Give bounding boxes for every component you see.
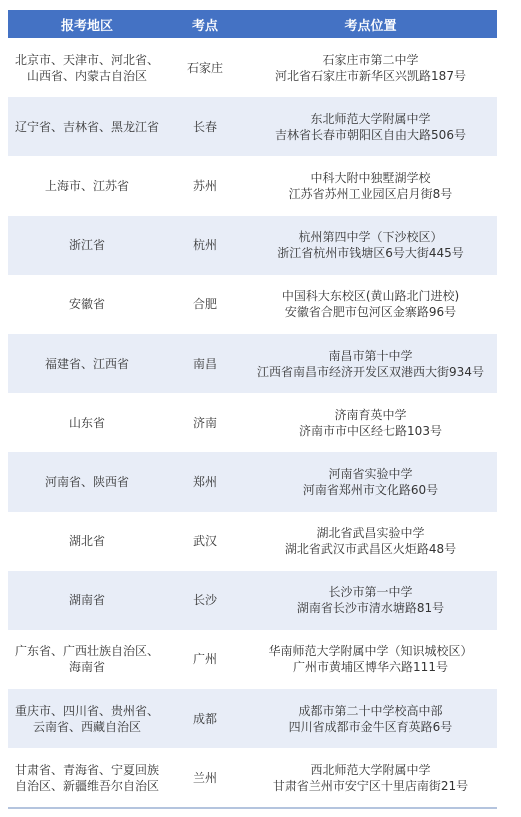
header-region: 报考地区 — [8, 15, 166, 34]
exam-sites-table: 报考地区 考点 考点位置 北京市、天津市、河北省、山西省、内蒙古自治区石家庄石家… — [8, 10, 497, 809]
location-address: 安徽省合肥市包河区金寨路96号 — [244, 304, 497, 320]
cell-region: 福建省、江西省 — [8, 356, 166, 372]
header-site: 考点 — [166, 15, 244, 34]
table-row: 湖南省长沙长沙市第一中学湖南省长沙市清水塘路81号 — [8, 571, 497, 630]
cell-region: 安徽省 — [8, 296, 166, 312]
cell-site: 长春 — [166, 119, 244, 135]
region-text: 辽宁省、吉林省、黑龙江省 — [10, 119, 164, 135]
table-header: 报考地区 考点 考点位置 — [8, 10, 497, 38]
cell-site: 杭州 — [166, 237, 244, 253]
region-text: 浙江省 — [10, 237, 164, 253]
region-text: 山西省、内蒙古自治区 — [10, 68, 164, 84]
table-row: 北京市、天津市、河北省、山西省、内蒙古自治区石家庄石家庄市第二中学河北省石家庄市… — [8, 38, 497, 97]
table-row: 甘肃省、青海省、宁夏回族自治区、新疆维吾尔自治区兰州西北师范大学附属中学甘肃省兰… — [8, 748, 497, 807]
cell-region: 上海市、江苏省 — [8, 178, 166, 194]
cell-site: 武汉 — [166, 533, 244, 549]
cell-region: 浙江省 — [8, 237, 166, 253]
location-address: 吉林省长春市朝阳区自由大路506号 — [244, 127, 497, 143]
cell-site: 石家庄 — [166, 60, 244, 76]
cell-location: 华南师范大学附属中学（知识城校区）广州市黄埔区博华六路111号 — [244, 643, 497, 675]
cell-location: 中国科大东校区(黄山路北门进校)安徽省合肥市包河区金寨路96号 — [244, 288, 497, 320]
location-address: 江西省南昌市经济开发区双港西大街934号 — [244, 364, 497, 380]
table-row: 山东省济南济南育英中学济南市市中区经七路103号 — [8, 393, 497, 452]
table-row: 浙江省杭州杭州第四中学（下沙校区）浙江省杭州市钱塘区6号大街445号 — [8, 216, 497, 275]
table-row: 上海市、江苏省苏州中科大附中独墅湖学校江苏省苏州工业园区启月街8号 — [8, 156, 497, 215]
cell-site: 广州 — [166, 651, 244, 667]
location-school-name: 华南师范大学附属中学（知识城校区） — [244, 643, 497, 659]
cell-location: 东北师范大学附属中学吉林省长春市朝阳区自由大路506号 — [244, 111, 497, 143]
location-school-name: 杭州第四中学（下沙校区） — [244, 229, 497, 245]
table-row: 河南省、陕西省郑州河南省实验中学河南省郑州市文化路60号 — [8, 452, 497, 511]
header-location: 考点位置 — [244, 15, 497, 34]
table-row: 湖北省武汉湖北省武昌实验中学湖北省武汉市武昌区火炬路48号 — [8, 512, 497, 571]
cell-site: 郑州 — [166, 474, 244, 490]
cell-location: 河南省实验中学河南省郑州市文化路60号 — [244, 466, 497, 498]
cell-region: 甘肃省、青海省、宁夏回族自治区、新疆维吾尔自治区 — [8, 762, 166, 794]
table-body: 北京市、天津市、河北省、山西省、内蒙古自治区石家庄石家庄市第二中学河北省石家庄市… — [8, 38, 497, 807]
cell-site: 济南 — [166, 415, 244, 431]
table-bottom-border — [8, 807, 497, 809]
location-school-name: 东北师范大学附属中学 — [244, 111, 497, 127]
cell-region: 广东省、广西壮族自治区、海南省 — [8, 643, 166, 675]
location-address: 浙江省杭州市钱塘区6号大街445号 — [244, 245, 497, 261]
table-row: 辽宁省、吉林省、黑龙江省长春东北师范大学附属中学吉林省长春市朝阳区自由大路506… — [8, 97, 497, 156]
cell-site: 成都 — [166, 711, 244, 727]
region-text: 自治区、新疆维吾尔自治区 — [10, 778, 164, 794]
location-school-name: 长沙市第一中学 — [244, 584, 497, 600]
region-text: 北京市、天津市、河北省、 — [10, 52, 164, 68]
region-text: 重庆市、四川省、贵州省、 — [10, 703, 164, 719]
table-row: 福建省、江西省南昌南昌市第十中学江西省南昌市经济开发区双港西大街934号 — [8, 334, 497, 393]
location-address: 江苏省苏州工业园区启月街8号 — [244, 186, 497, 202]
cell-location: 长沙市第一中学湖南省长沙市清水塘路81号 — [244, 584, 497, 616]
cell-region: 河南省、陕西省 — [8, 474, 166, 490]
region-text: 云南省、西藏自治区 — [10, 719, 164, 735]
location-address: 广州市黄埔区博华六路111号 — [244, 659, 497, 675]
location-address: 济南市市中区经七路103号 — [244, 423, 497, 439]
location-school-name: 湖北省武昌实验中学 — [244, 525, 497, 541]
location-school-name: 济南育英中学 — [244, 407, 497, 423]
cell-site: 苏州 — [166, 178, 244, 194]
location-address: 河南省郑州市文化路60号 — [244, 482, 497, 498]
region-text: 上海市、江苏省 — [10, 178, 164, 194]
cell-location: 西北师范大学附属中学甘肃省兰州市安宁区十里店南街21号 — [244, 762, 497, 794]
cell-site: 长沙 — [166, 592, 244, 608]
cell-location: 济南育英中学济南市市中区经七路103号 — [244, 407, 497, 439]
location-school-name: 石家庄市第二中学 — [244, 52, 497, 68]
location-address: 湖北省武汉市武昌区火炬路48号 — [244, 541, 497, 557]
cell-location: 湖北省武昌实验中学湖北省武汉市武昌区火炬路48号 — [244, 525, 497, 557]
region-text: 安徽省 — [10, 296, 164, 312]
region-text: 湖南省 — [10, 592, 164, 608]
cell-region: 北京市、天津市、河北省、山西省、内蒙古自治区 — [8, 52, 166, 84]
location-school-name: 南昌市第十中学 — [244, 348, 497, 364]
location-address: 河北省石家庄市新华区兴凯路187号 — [244, 68, 497, 84]
location-school-name: 中国科大东校区(黄山路北门进校) — [244, 288, 497, 304]
location-school-name: 河南省实验中学 — [244, 466, 497, 482]
region-text: 湖北省 — [10, 533, 164, 549]
location-school-name: 西北师范大学附属中学 — [244, 762, 497, 778]
region-text: 福建省、江西省 — [10, 356, 164, 372]
cell-location: 中科大附中独墅湖学校江苏省苏州工业园区启月街8号 — [244, 170, 497, 202]
table-row: 重庆市、四川省、贵州省、云南省、西藏自治区成都成都市第二十中学校高中部四川省成都… — [8, 689, 497, 748]
cell-region: 湖南省 — [8, 592, 166, 608]
cell-location: 石家庄市第二中学河北省石家庄市新华区兴凯路187号 — [244, 52, 497, 84]
location-address: 四川省成都市金牛区育英路6号 — [244, 719, 497, 735]
cell-location: 杭州第四中学（下沙校区）浙江省杭州市钱塘区6号大街445号 — [244, 229, 497, 261]
region-text: 广东省、广西壮族自治区、 — [10, 643, 164, 659]
cell-region: 山东省 — [8, 415, 166, 431]
cell-location: 成都市第二十中学校高中部四川省成都市金牛区育英路6号 — [244, 703, 497, 735]
cell-location: 南昌市第十中学江西省南昌市经济开发区双港西大街934号 — [244, 348, 497, 380]
cell-site: 合肥 — [166, 296, 244, 312]
location-school-name: 成都市第二十中学校高中部 — [244, 703, 497, 719]
table-row: 安徽省合肥中国科大东校区(黄山路北门进校)安徽省合肥市包河区金寨路96号 — [8, 275, 497, 334]
cell-region: 湖北省 — [8, 533, 166, 549]
location-school-name: 中科大附中独墅湖学校 — [244, 170, 497, 186]
region-text: 河南省、陕西省 — [10, 474, 164, 490]
cell-site: 南昌 — [166, 356, 244, 372]
location-address: 甘肃省兰州市安宁区十里店南街21号 — [244, 778, 497, 794]
cell-region: 重庆市、四川省、贵州省、云南省、西藏自治区 — [8, 703, 166, 735]
table-row: 广东省、广西壮族自治区、海南省广州华南师范大学附属中学（知识城校区）广州市黄埔区… — [8, 630, 497, 689]
region-text: 海南省 — [10, 659, 164, 675]
region-text: 甘肃省、青海省、宁夏回族 — [10, 762, 164, 778]
cell-site: 兰州 — [166, 770, 244, 786]
cell-region: 辽宁省、吉林省、黑龙江省 — [8, 119, 166, 135]
region-text: 山东省 — [10, 415, 164, 431]
location-address: 湖南省长沙市清水塘路81号 — [244, 600, 497, 616]
